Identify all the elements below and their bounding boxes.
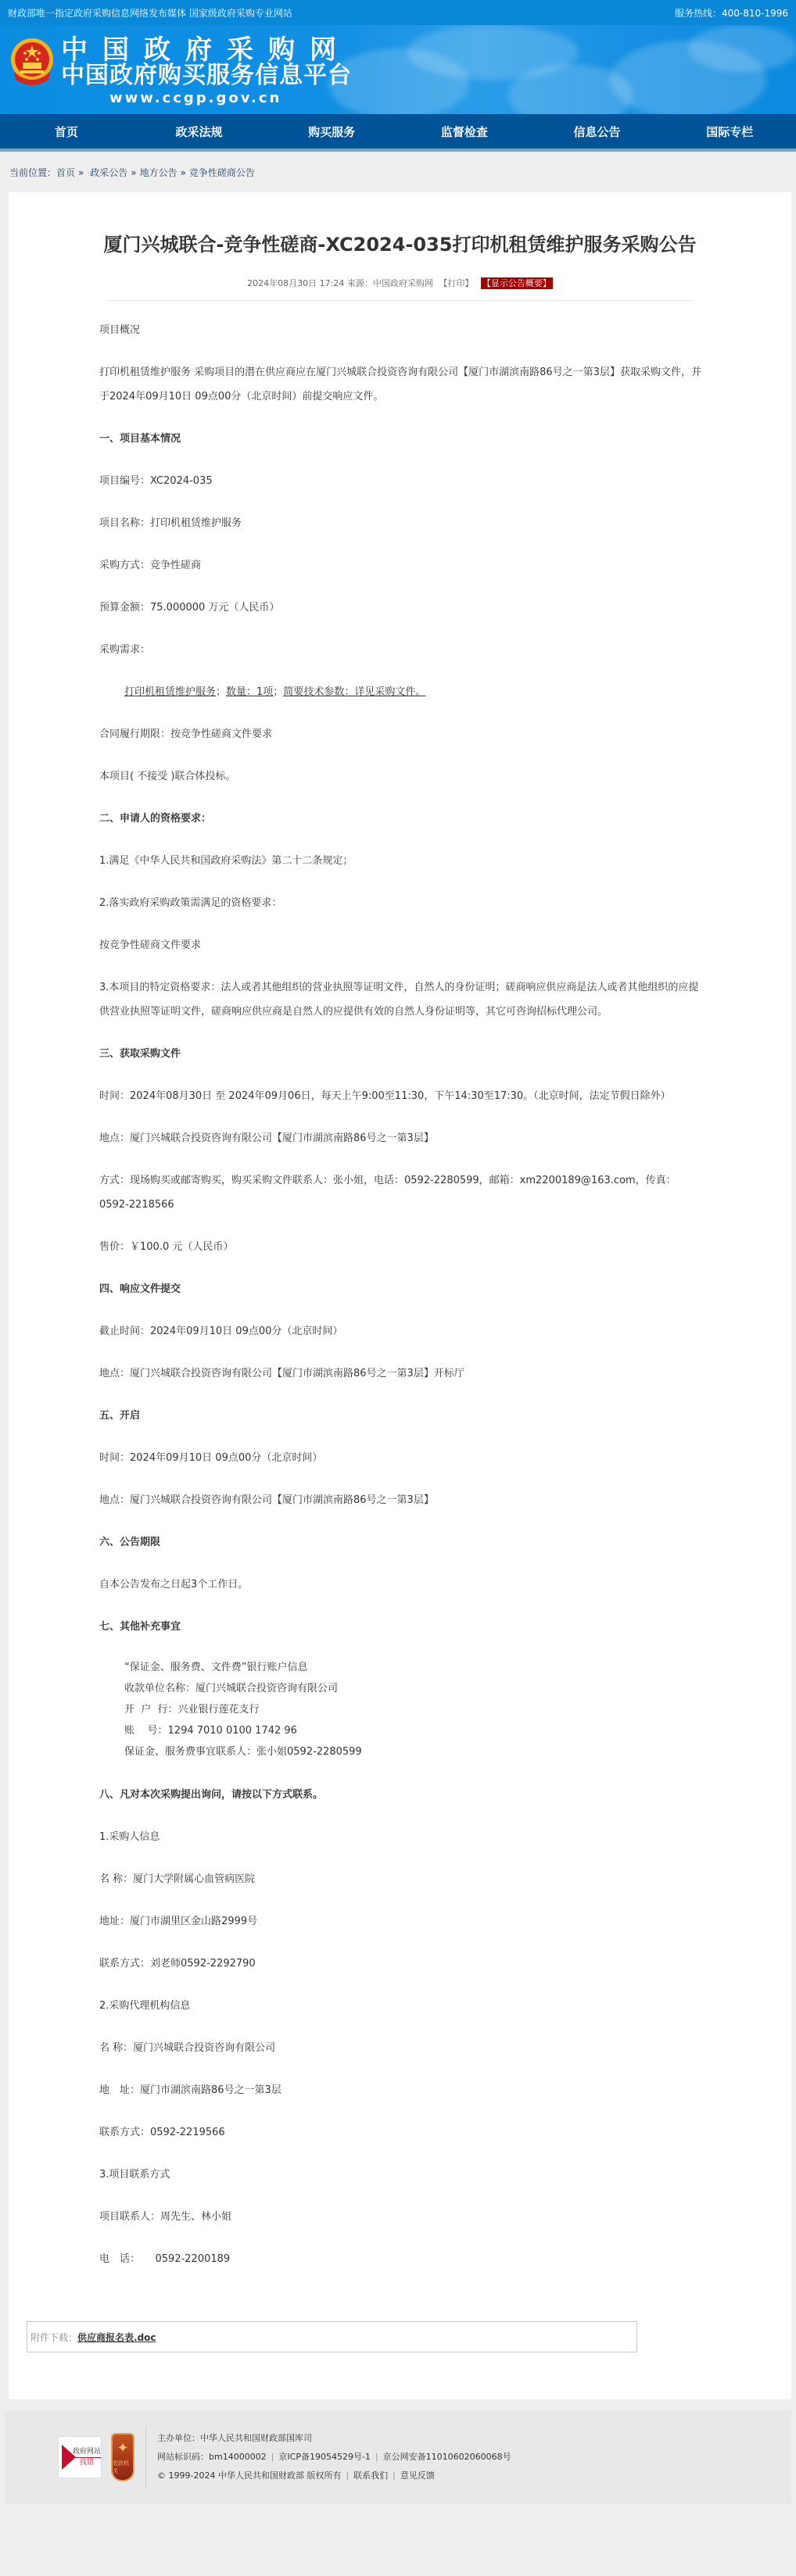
article-body: 项目概况 打印机租赁维护服务 采购项目的潜在供应商应在厦门兴城联合投资咨询有限公… bbox=[9, 301, 791, 2271]
bank-contact: 保证金、服务费事宜联系人：张小姐0592-2280599 bbox=[124, 1741, 702, 1762]
demand-quantity: 数量：1项 bbox=[226, 686, 273, 698]
footer-copyright-line: © 1999-2024 中华人民共和国财政部 版权所有|联系我们|意见反馈 bbox=[157, 2467, 511, 2485]
overview-text: 打印机租赁维护服务 采购项目的潜在供应商应在厦门兴城联合投资咨询有限公司【厦门市… bbox=[99, 360, 702, 409]
demand-specs: 简要技术参数：详见采购文件。 bbox=[283, 686, 425, 698]
footer-divider bbox=[145, 2426, 146, 2488]
breadcrumb-separator: » bbox=[131, 167, 136, 178]
logo-url: www.ccgp.gov.cn bbox=[109, 89, 352, 108]
bottom-spacer bbox=[0, 2504, 796, 2518]
attachment-box: 附件下载： 供应商报名表.doc bbox=[27, 2321, 637, 2352]
badge-label: 党政机关 bbox=[113, 2460, 133, 2475]
service-hotline: 服务热线：400-810-1996 bbox=[675, 6, 788, 20]
demand-separator: ； bbox=[273, 686, 283, 698]
breadcrumb-home[interactable]: 首页 bbox=[56, 167, 75, 178]
section-heading: 七、其他补充事宜 bbox=[99, 1615, 702, 1639]
nav-item-international[interactable]: 国际专栏 bbox=[663, 123, 796, 140]
requirement-1: 1.满足《中华人民共和国政府采购法》第二十二条规定； bbox=[99, 849, 702, 873]
agent-name: 名 称：厦门兴城联合投资咨询有限公司 bbox=[99, 2036, 702, 2060]
project-contact-phone: 电 话： 0592-2200189 bbox=[99, 2247, 702, 2271]
opening-place: 地点：厦门兴城联合投资咨询有限公司【厦门市湖滨南路86号之一第3层】 bbox=[99, 1488, 702, 1512]
demand-line: 打印机租赁维护服务；数量：1项；简要技术参数：详见采购文件。 bbox=[99, 680, 702, 704]
national-emblem-icon bbox=[9, 36, 55, 88]
section-heading: 四、响应文件提交 bbox=[99, 1277, 702, 1301]
site-footer: 政府网站 找错 ✦ 党政机关 主办单位：中华人民共和国财政部国库司 网站标识码：… bbox=[5, 2410, 791, 2504]
section-heading: 一、项目基本情况 bbox=[99, 427, 702, 451]
opening-time: 时间：2024年09月10日 09点00分（北京时间） bbox=[99, 1446, 702, 1470]
demand-separator: ； bbox=[216, 686, 226, 698]
requirement-3: 3.本项目的特定资格要求：法人或者其他组织的营业执照等证明文件，自然人的身份证明… bbox=[99, 975, 702, 1024]
contract-term: 合同履行期限：按竞争性磋商文件要求 bbox=[99, 722, 702, 746]
breadcrumb-current[interactable]: 竞争性磋商公告 bbox=[189, 167, 255, 178]
publish-info: 2024年08月30日 17:24 来源：中国政府采购网 bbox=[247, 278, 433, 288]
announcement-period: 自本公告发布之日起3个工作日。 bbox=[99, 1572, 702, 1597]
bank-info: “保证金、服务费、文件费”银行账户信息 收款单位名称：厦门兴城联合投资咨询有限公… bbox=[99, 1657, 702, 1762]
project-number: 项目编号：XC2024-035 bbox=[99, 469, 702, 493]
breadcrumb: 当前位置：首页» 政采公告»地方公告»竞争性磋商公告 bbox=[0, 152, 796, 192]
agent-address: 地 址：厦门市湖滨南路86号之一第3层 bbox=[99, 2078, 702, 2102]
logo-subtitle: 中国政府购买服务信息平台 bbox=[61, 63, 352, 89]
bank-branch: 开 户 行：兴业银行莲花支行 bbox=[124, 1699, 702, 1720]
footer-info: 主办单位：中华人民共和国财政部国库司 网站标识码：bm14000002|京ICP… bbox=[157, 2429, 511, 2485]
consortium-note: 本项目( 不接受 )联合体投标。 bbox=[99, 764, 702, 789]
magnifier-icon bbox=[62, 2445, 76, 2470]
footer-registration: 网站标识码：bm14000002|京ICP备19054529号-1|京公网安备1… bbox=[157, 2448, 511, 2467]
document-price: 售价：￥100.0 元（人民币） bbox=[99, 1235, 702, 1259]
procurement-method: 采购方式：竞争性磋商 bbox=[99, 553, 702, 578]
obtain-time: 时间：2024年08月30日 至 2024年09月06日，每天上午9:00至11… bbox=[99, 1084, 702, 1108]
feedback-link[interactable]: 意见反馈 bbox=[400, 2470, 435, 2481]
copyright: © 1999-2024 中华人民共和国财政部 版权所有 bbox=[157, 2470, 341, 2481]
breadcrumb-local-announcements[interactable]: 地方公告 bbox=[140, 167, 177, 178]
article-title: 厦门兴城联合-竞争性磋商-XC2024-035打印机租赁维护服务采购公告 bbox=[9, 231, 791, 258]
project-contact-person: 项目联系人：周先生、林小姐 bbox=[99, 2205, 702, 2229]
buyer-title: 1.采购人信息 bbox=[99, 1825, 702, 1849]
obtain-place: 地点：厦门兴城联合投资咨询有限公司【厦门市湖滨南路86号之一第3层】 bbox=[99, 1126, 702, 1150]
attachment-download-link[interactable]: 供应商报名表.doc bbox=[77, 2331, 156, 2344]
section-heading: 八、凡对本次采购提出询问，请按以下方式联系。 bbox=[99, 1783, 702, 1807]
breadcrumb-separator: » bbox=[78, 167, 84, 178]
nav-item-announcements[interactable]: 信息公告 bbox=[531, 123, 664, 140]
party-gov-agency-badge[interactable]: ✦ 党政机关 bbox=[111, 2433, 134, 2481]
nav-item-purchase-services[interactable]: 购买服务 bbox=[265, 123, 398, 140]
budget-amount: 预算金额：75.000000 万元（人民币） bbox=[99, 596, 702, 620]
site-logo[interactable]: 中国政府采购网 中国政府购买服务信息平台 www.ccgp.gov.cn bbox=[61, 34, 352, 108]
print-link[interactable]: 【打印】 bbox=[439, 278, 473, 288]
breadcrumb-prefix: 当前位置： bbox=[9, 167, 56, 178]
site-code: 网站标识码：bm14000002 bbox=[157, 2452, 267, 2462]
footer-separator: | bbox=[375, 2452, 378, 2462]
submission-deadline: 截止时间：2024年09月10日 09点00分（北京时间） bbox=[99, 1319, 702, 1343]
breadcrumb-separator: » bbox=[181, 167, 186, 178]
footer-separator: | bbox=[271, 2452, 274, 2462]
agent-contact: 联系方式：0592-2219566 bbox=[99, 2120, 702, 2145]
section-heading: 五、开启 bbox=[99, 1404, 702, 1428]
bank-account: 账 号：1294 7010 0100 1742 96 bbox=[124, 1720, 702, 1741]
buyer-name: 名 称：厦门大学附属心血管病医院 bbox=[99, 1867, 702, 1891]
section-heading: 六、公告期限 bbox=[99, 1530, 702, 1555]
badge-top-text: 政府网站 bbox=[73, 2447, 101, 2457]
buyer-contact: 联系方式：刘老师0592-2292790 bbox=[99, 1952, 702, 1976]
show-summary-button[interactable]: 【显示公告概要】 bbox=[481, 277, 553, 289]
demand-label: 采购需求： bbox=[99, 638, 702, 662]
site-slogan: 财政部唯一指定政府采购信息网络发布媒体 国家级政府采购专业网站 bbox=[8, 6, 292, 20]
requirement-2-text: 按竞争性磋商文件要求 bbox=[99, 933, 702, 957]
footer-sponsor: 主办单位：中华人民共和国财政部国库司 bbox=[157, 2429, 511, 2448]
icp-link[interactable]: 京ICP备19054529号-1 bbox=[278, 2452, 371, 2462]
site-banner: 中国政府采购网 中国政府购买服务信息平台 www.ccgp.gov.cn bbox=[0, 25, 796, 114]
agent-title: 2.采购代理机构信息 bbox=[99, 1994, 702, 2018]
bank-title: “保证金、服务费、文件费”银行账户信息 bbox=[124, 1657, 702, 1678]
breadcrumb-gov-announcements[interactable]: 政采公告 bbox=[90, 167, 127, 178]
obtain-way: 方式：现场购买或邮寄购买，购买采购文件联系人：张小姐，电话：0592-22805… bbox=[99, 1168, 702, 1217]
nav-item-supervision[interactable]: 监督检查 bbox=[398, 123, 531, 140]
article-card: 厦门兴城联合-竞争性磋商-XC2024-035打印机租赁维护服务采购公告 202… bbox=[9, 192, 791, 2399]
gov-website-error-report-badge[interactable]: 政府网站 找错 bbox=[58, 2436, 102, 2478]
buyer-address: 地址：厦门市湖里区金山路2999号 bbox=[99, 1909, 702, 1934]
requirement-2: 2.落实政府采购政策需满足的资格要求： bbox=[99, 891, 702, 915]
contact-us-link[interactable]: 联系我们 bbox=[353, 2470, 388, 2481]
section-heading: 三、获取采购文件 bbox=[99, 1042, 702, 1066]
demand-item: 打印机租赁维护服务 bbox=[124, 686, 216, 698]
main-nav: 首页 政采法规 购买服务 监督检查 信息公告 国际专栏 bbox=[0, 114, 796, 152]
attachment-label: 附件下载： bbox=[30, 2331, 77, 2344]
badge-bottom-text: 找错 bbox=[73, 2457, 101, 2468]
bank-payee: 收款单位名称：厦门兴城联合投资咨询有限公司 bbox=[124, 1678, 702, 1699]
nav-item-regulations[interactable]: 政采法规 bbox=[133, 123, 266, 140]
submission-place: 地点：厦门兴城联合投资咨询有限公司【厦门市湖滨南路86号之一第3层】开标厅 bbox=[99, 1361, 702, 1386]
overview-title: 项目概况 bbox=[99, 318, 702, 342]
section-heading: 二、申请人的资格要求： bbox=[99, 807, 702, 831]
logo-title: 中国政府采购网 bbox=[61, 34, 352, 66]
article-meta: 2024年08月30日 17:24 来源：中国政府采购网 【打印】 【显示公告概… bbox=[9, 277, 791, 289]
project-name: 项目名称：打印机租赁维护服务 bbox=[99, 511, 702, 535]
nav-item-home[interactable]: 首页 bbox=[0, 123, 133, 140]
top-strip: 财政部唯一指定政府采购信息网络发布媒体 国家级政府采购专业网站 服务热线：400… bbox=[0, 0, 796, 25]
footer-separator: | bbox=[346, 2470, 349, 2481]
project-contact-title: 3.项目联系方式 bbox=[99, 2163, 702, 2187]
footer-separator: | bbox=[393, 2470, 396, 2481]
party-emblem-icon: ✦ bbox=[117, 2440, 128, 2456]
police-record-link[interactable]: 京公网安备11010602060068号 bbox=[383, 2452, 511, 2462]
